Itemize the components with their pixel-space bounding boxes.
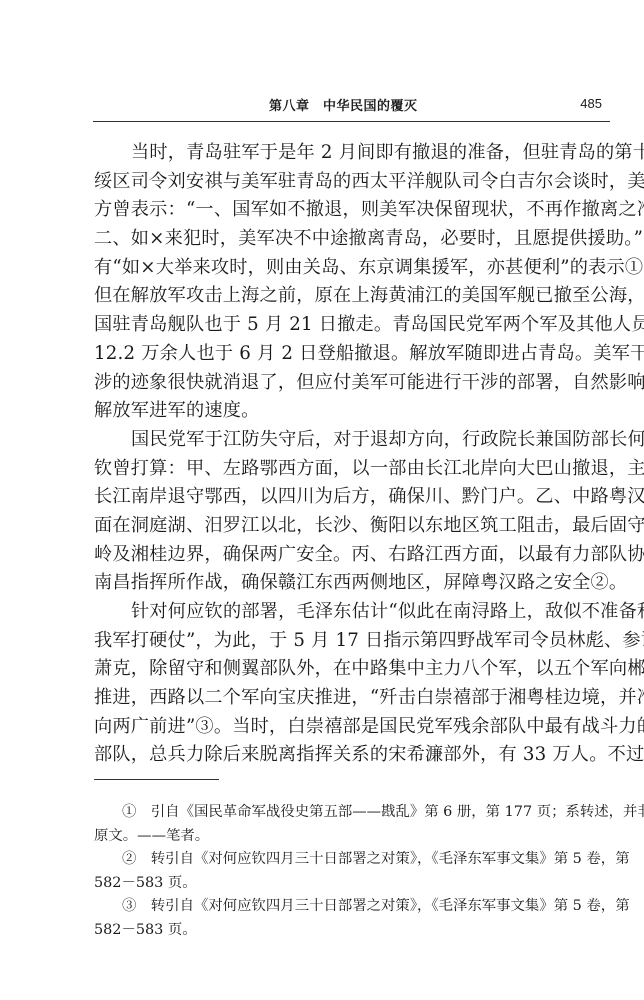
text-line: 钦曾打算：甲、左路鄂西方面，以一部由长江北岸向大巴山撤退，主力由	[94, 455, 612, 484]
running-head: 第八章 中华民国的覆灭 485	[93, 95, 610, 117]
footnotes: ① 引自《国民革命军战役史第五部——戡乱》第 6 册，第 177 页；系转述，并…	[94, 801, 612, 942]
footnote-3: ③ 转引自《对何应钦四月三十日部署之对策》，《毛泽东军事文集》第 5 卷，第	[94, 895, 612, 919]
body-text: 当时，青岛驻军于是年 2 月间即有撤退的准备，但驻青岛的第十一 绥区司令刘安祺与…	[94, 139, 612, 770]
text-line: 国驻青岛舰队也于 5 月 21 日撤走。青岛国民党军两个军及其他人员	[94, 311, 612, 340]
text-line: 解放军进军的速度。	[94, 397, 612, 426]
text-line: 针对何应钦的部署，毛泽东估计“似此在南浔路上，敌似不准备和	[94, 598, 612, 627]
footnote-1-cont: 原文。——笔者。	[94, 825, 612, 849]
book-page: 第八章 中华民国的覆灭 485 当时，青岛驻军于是年 2 月间即有撤退的准备，但…	[0, 0, 644, 1000]
text-line: 部队，总兵力除后来脱离指挥关系的宋希濂部外，有 33 万人。不过，这	[94, 741, 612, 770]
text-line: 向两广前进”③。当时，白崇禧部是国民党军残余部队中最有战斗力的	[94, 713, 612, 742]
text-line: 长江南岸退守鄂西，以四川为后方，确保川、黔门户。乙、中路粤汉线方	[94, 483, 612, 512]
footnote-rule	[94, 779, 219, 780]
text-line: 12.2 万余人也于 6 月 2 日登船撤退。解放军随即进占青岛。美军干	[94, 340, 612, 369]
text-line: 但在解放军攻击上海之前，原在上海黄浦江的美国军舰已撤至公海，美	[94, 282, 612, 311]
header-rule	[93, 121, 610, 122]
text-line: 有“如×大举来攻时，则由关岛、东京调集援军，亦甚便利”的表示①。	[94, 254, 612, 283]
text-line: 南昌指挥所作战，确保赣江东西两侧地区，屏障粤汉路之安全②。	[94, 569, 612, 598]
text-line: 面在洞庭湖、汨罗江以北，长沙、衡阳以东地区筑工阻击，最后固守大庾	[94, 512, 612, 541]
text-line: 绥区司令刘安祺与美军驻青岛的西太平洋舰队司令白吉尔会谈时，美	[94, 168, 612, 197]
text-line: 涉的迹象很快就消退了，但应付美军可能进行干涉的部署，自然影响到	[94, 369, 612, 398]
text-line: 国民党军于江防失守后，对于退却方向，行政院长兼国防部长何应	[94, 426, 612, 455]
page-number: 485	[580, 96, 602, 111]
footnote-2-cont: 582－583 页。	[94, 872, 612, 896]
text-line: 二、如×来犯时，美军决不中途撤离青岛，必要时，且愿提供援助。”甚至	[94, 225, 612, 254]
text-line: 岭及湘桂边界，确保两广安全。丙、右路江西方面，以最有力部队协同	[94, 541, 612, 570]
text-line: 推进，西路以二个军向宝庆推进，“歼击白崇禧部于湘粤桂边境，并准备	[94, 684, 612, 713]
footnote-1: ① 引自《国民革命军战役史第五部——戡乱》第 6 册，第 177 页；系转述，并…	[94, 801, 612, 825]
text-line: 方曾表示：“一、国军如不撤退，则美军决保留现状，不再作撤离之准备。	[94, 196, 612, 225]
footnote-3-cont: 582－583 页。	[94, 919, 612, 943]
text-line: 当时，青岛驻军于是年 2 月间即有撤退的准备，但驻青岛的第十一	[94, 139, 612, 168]
text-line: 萧克，除留守和侧翼部队外，在中路集中主力八个军，以五个军向郴州	[94, 655, 612, 684]
footnote-2: ② 转引自《对何应钦四月三十日部署之对策》，《毛泽东军事文集》第 5 卷，第	[94, 848, 612, 872]
text-line: 我军打硬仗”，为此，于 5 月 17 日指示第四野战军司令员林彪、参谋长	[94, 627, 612, 656]
chapter-title: 第八章 中华民国的覆灭	[269, 95, 418, 114]
